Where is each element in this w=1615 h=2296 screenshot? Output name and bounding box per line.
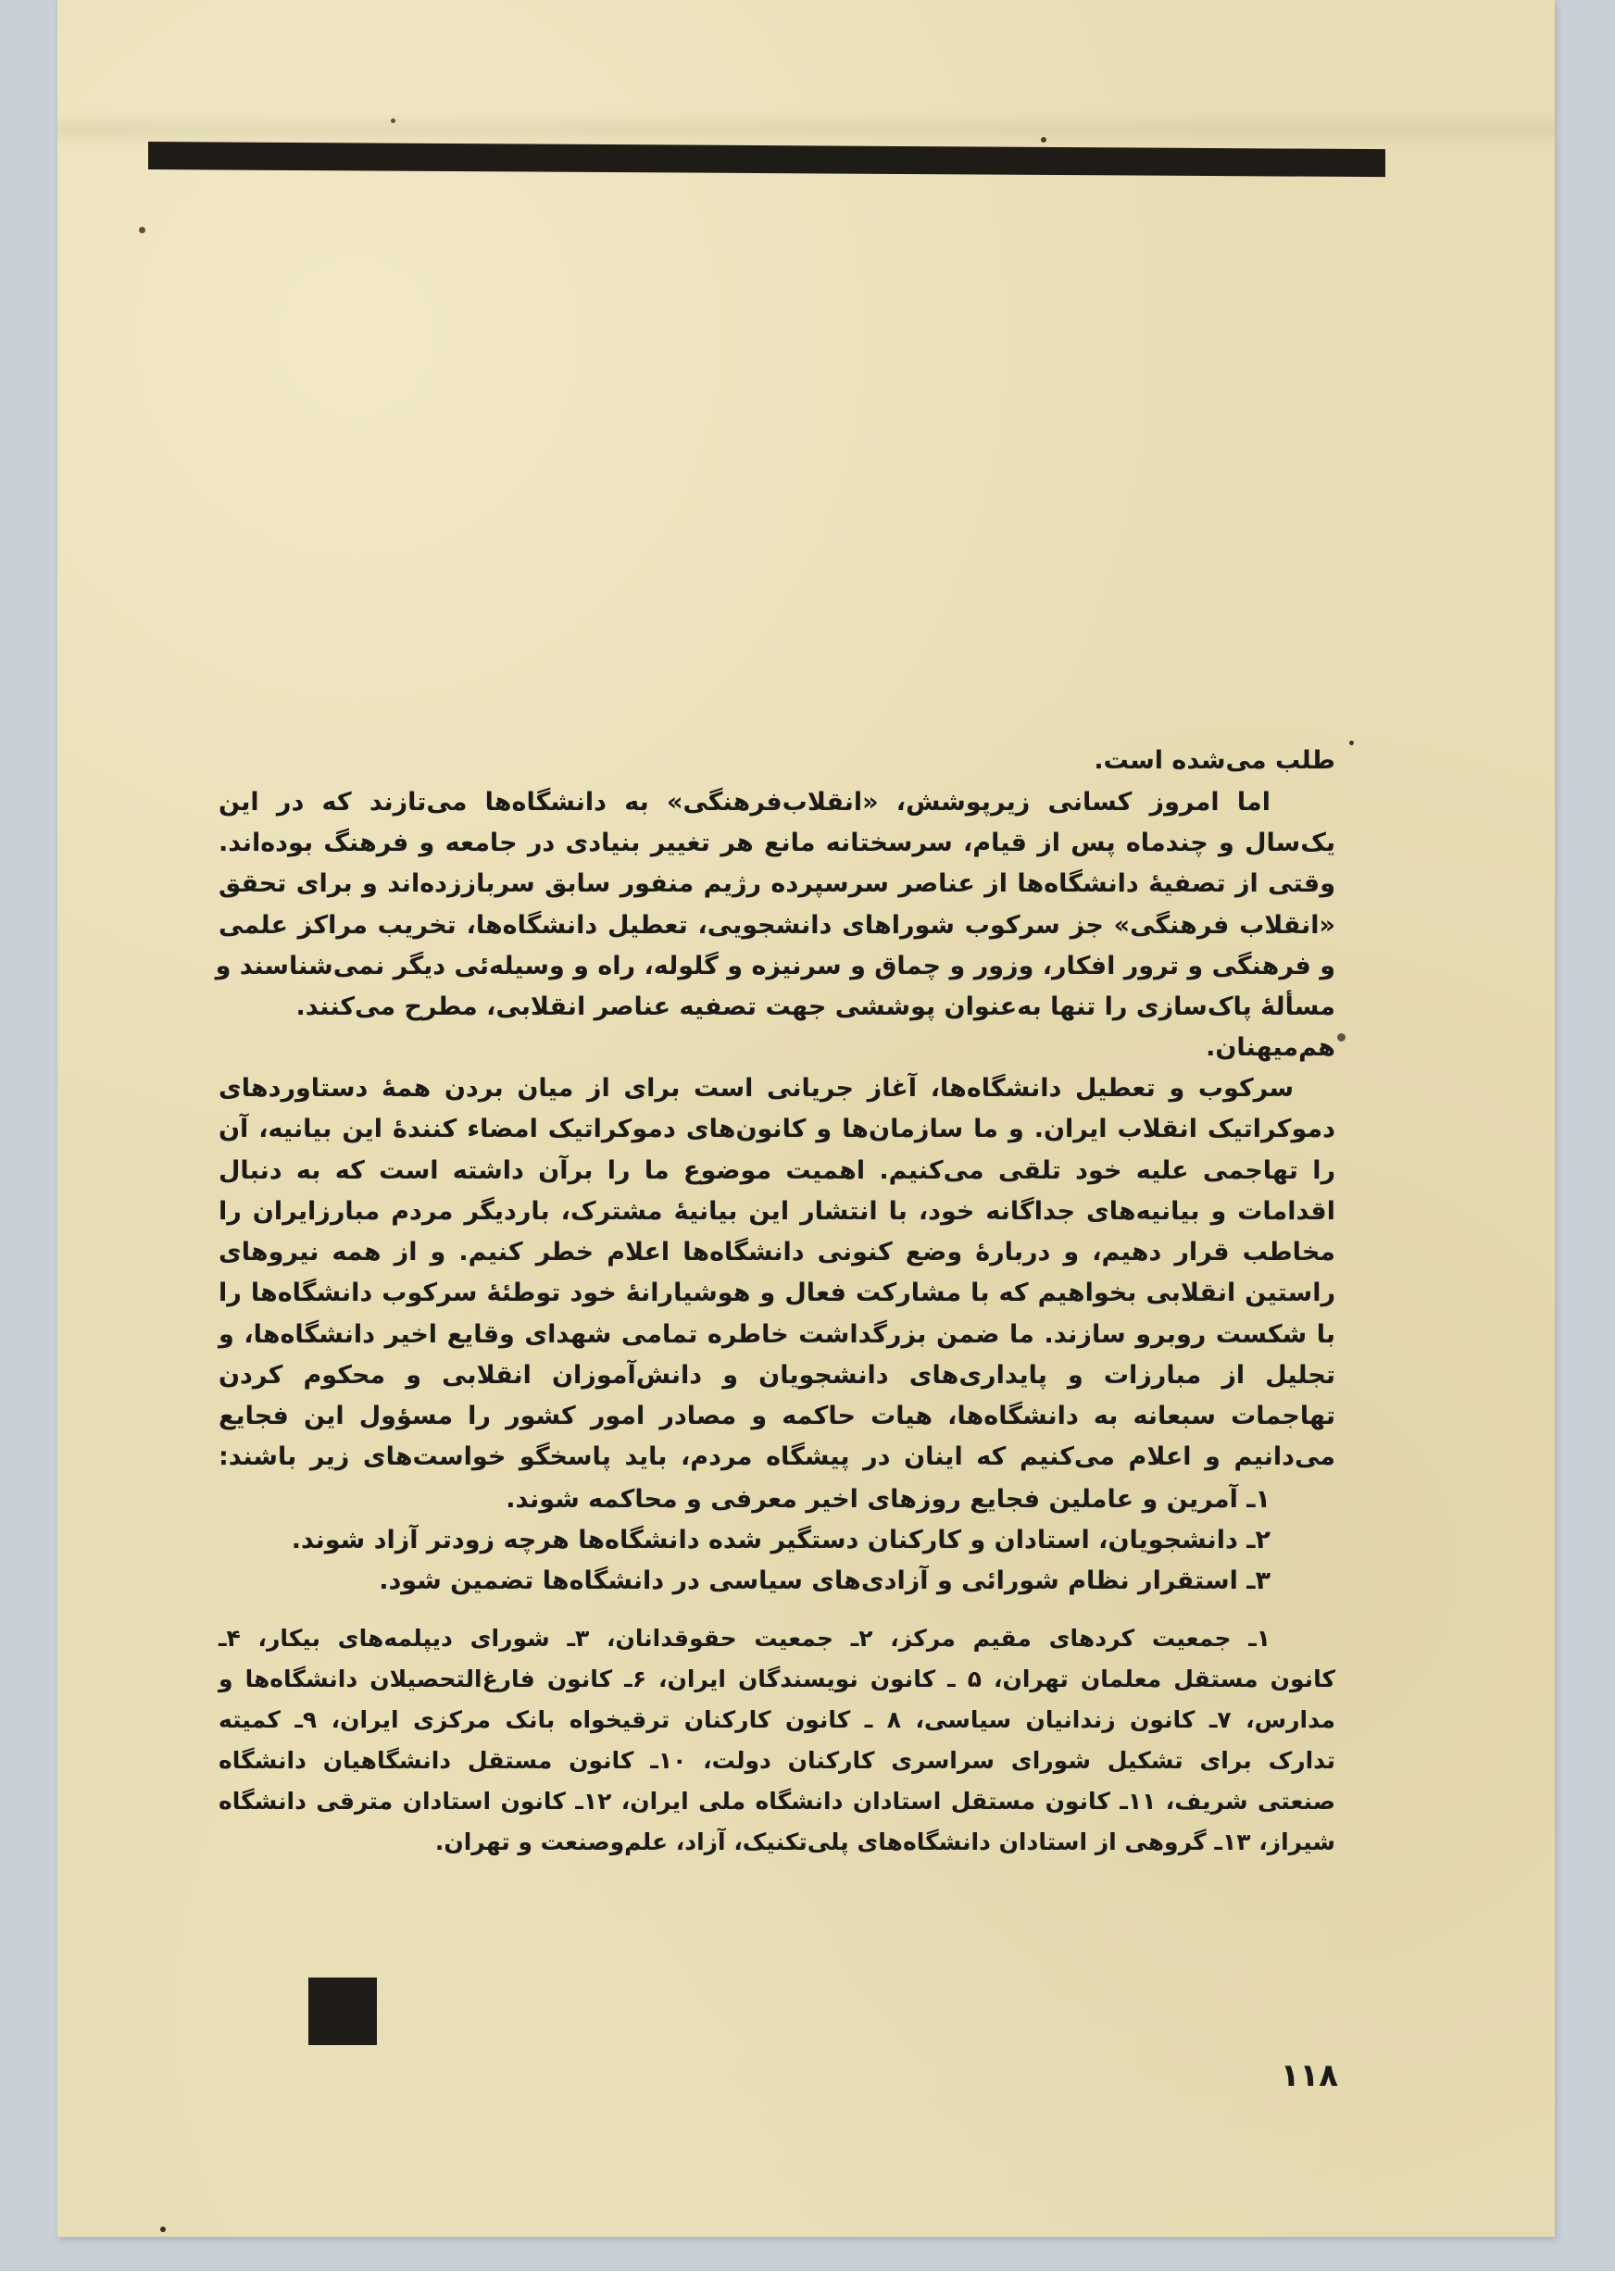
footnote-line: صنعتی شریف، ۱۱ـ کانون مستقل استادان دانش… [219, 1781, 1335, 1822]
footnote-line: شیراز، ۱۳ـ گروهی از استادان دانشگاه‌های … [435, 1822, 1335, 1863]
paragraph-line: را تهاجمی علیه خود تلقی می‌کنیم. اهمیت م… [219, 1151, 1335, 1192]
footnote-line: ۱ـ جمعیت کردهای مقیم مرکز، ۲ـ جمعیت حقوق… [219, 1618, 1335, 1659]
footnote-line: مدارس، ۷ـ کانون زندانیان سیاسی، ۸ ـ کانو… [219, 1700, 1335, 1741]
footnote-line: تدارک برای تشکیل شورای سراسری کارکنان دو… [219, 1741, 1335, 1781]
paragraph-line: مسألهٔ پاک‌سازی را تنها به‌عنوان پوششی ج… [295, 987, 1335, 1028]
paper-speck [160, 2227, 166, 2232]
paper-speck [139, 227, 145, 233]
paragraph-line: یک‌سال و چندماه پس از قیام، سرسختانه مان… [219, 823, 1335, 864]
paragraph-line: دموکراتیک انقلاب ایران. و ما سازمان‌ها و… [219, 1109, 1335, 1150]
paper-speck [1349, 741, 1354, 745]
paragraph-line: با شکست روبرو سازند. ما ضمن بزرگداشت خاط… [219, 1315, 1335, 1355]
salutation: هم‌میهنان. [1206, 1028, 1335, 1068]
demand-item: ۱ـ آمرین و عاملین فجایع روزهای اخیر معرف… [506, 1479, 1271, 1520]
article-body: طلب می‌شده است. اما امروز کسانی زیرپوشش،… [219, 0, 1335, 2129]
paragraph-line: سرکوب و تعطیل دانشگاه‌ها، آغاز جریانی اس… [219, 1068, 1335, 1109]
paragraph-line: می‌دانیم و اعلام می‌کنیم که اینان در پیش… [219, 1437, 1335, 1478]
paragraph-line: تهاجمات سبعانه به دانشگاه‌ها، هیات حاکمه… [219, 1396, 1335, 1437]
paragraph-line: «انقلاب فرهنگی» جز سرکوب شوراهای دانشجوی… [219, 905, 1335, 946]
paragraph-line: طلب می‌شده است. [1094, 741, 1335, 781]
paragraph-line: راستین انقلابی بخواهیم که با مشارکت فعال… [219, 1273, 1335, 1314]
footnote-line: کانون مستقل معلمان تهران، ۵ ـ کانون نویس… [219, 1659, 1335, 1700]
demand-item: ۳ـ استقرار نظام شورائی و آزادی‌های سیاسی… [379, 1561, 1271, 1602]
paragraph-line: و فرهنگی و ترور افکار، وزور و چماق و سرن… [219, 946, 1335, 987]
page-number: ۱۱۸ [1283, 2057, 1338, 2094]
paragraph-line: تجلیل از مبارزات و پایداری‌های دانشجویان… [219, 1355, 1335, 1396]
paragraph-line: اما امروز کسانی زیرپوشش، «انقلاب‌فرهنگی»… [219, 782, 1335, 823]
end-of-article-mark [308, 1978, 377, 2045]
paragraph-line: مخاطب قرار دهیم، و دربارهٔ وضع کنونی دان… [219, 1232, 1335, 1273]
paragraph-line: وقتی از تصفیهٔ دانشگاه‌ها از عناصر سرسپر… [219, 864, 1335, 905]
paper-speck [1337, 1033, 1346, 1042]
paragraph-line: اقدامات و بیانیه‌های جداگانه خود، با انت… [219, 1192, 1335, 1232]
demand-item: ۲ـ دانشجویان، استادان و کارکنان دستگیر ش… [292, 1520, 1271, 1561]
